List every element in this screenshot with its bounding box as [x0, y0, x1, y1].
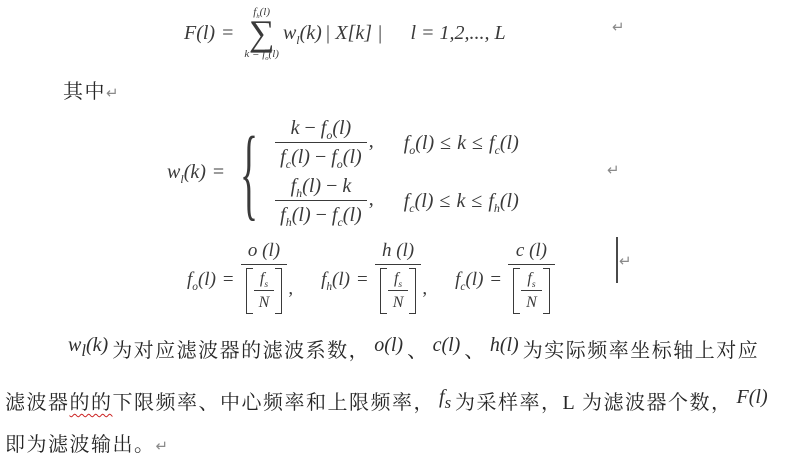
fraction: k−fo(l) fc(l)−fo(l)	[275, 117, 367, 169]
piecewise-cases: k−fo(l) fc(l)−fo(l) , fo(l)≤k≤fc(l) fh(l…	[275, 114, 519, 230]
where-label: 其中	[63, 81, 106, 103]
N-symbol: N	[521, 290, 542, 312]
text-run: 即为滤波输出。	[5, 434, 156, 456]
paragraph-mark: ↵	[612, 18, 625, 36]
w-symbol: w	[167, 161, 180, 183]
text-run: 为采样率，L 为滤波器个数，	[455, 392, 732, 414]
inline-math-Fl: F(l)	[737, 386, 768, 408]
weight-term: wl(k)	[283, 22, 322, 45]
explanation-line-2: 滤波器的的下限频率、中心频率和上限频率，fs为采样率，L 为滤波器个数，F(l)	[5, 386, 772, 419]
enum-comma: 、	[407, 340, 429, 362]
arg-l: (l)	[415, 190, 434, 212]
k-symbol: k	[291, 117, 300, 139]
paragraph-mark: ↵	[156, 437, 169, 455]
arg-l: (l)	[332, 117, 351, 139]
arg-l: (l)	[465, 269, 483, 290]
minus-sign: −	[315, 146, 326, 168]
explanation-line-3: 即为滤波输出。↵	[5, 428, 168, 457]
comma: ,	[422, 278, 427, 300]
text-run: 为实际频率坐标轴上对应	[523, 340, 760, 362]
sub-s: s	[398, 279, 402, 290]
leq-sign: ≤	[440, 132, 451, 154]
k-equals: k =	[244, 48, 259, 60]
summation: fh(l) ∑ k = fo(l)	[244, 6, 279, 61]
N-symbol: N	[254, 290, 275, 312]
fs-over-N: fs N	[254, 270, 275, 312]
fraction: fh(l)−k fh(l)−fc(l)	[275, 175, 367, 227]
numerator: fh(l)−k	[286, 175, 357, 200]
def-lower-bin: fo(l) = o (l) fs N	[187, 240, 287, 320]
leq-sign: ≤	[472, 132, 483, 154]
numerator: k−fo(l)	[286, 117, 357, 142]
where-line: 其中↵	[63, 75, 119, 104]
def-center-bin: fc(l) = c (l) fs N	[455, 240, 555, 320]
inline-math-wlk: wl(k)	[68, 334, 108, 356]
case-falling-slope: fh(l)−k fh(l)−fc(l) , fc(l)≤k≤fh(l)	[275, 175, 519, 227]
inline-math-ol: o(l)	[374, 334, 403, 356]
equals-sign: =	[222, 22, 233, 45]
minus-sign: −	[305, 117, 316, 139]
comma: ,	[369, 188, 374, 211]
arg-l: (l)	[332, 269, 350, 290]
bracketed-ratio: fs N	[246, 268, 283, 314]
denominator: fh(l)−fc(l)	[275, 200, 367, 227]
spellcheck-flagged-text: 的的	[70, 392, 113, 414]
numerator-c-l: c (l)	[511, 240, 552, 264]
N-symbol: N	[388, 290, 409, 312]
left-brace-icon: {	[240, 121, 258, 224]
inline-math-hl: h(l)	[490, 334, 519, 356]
document-page: { "colors": { "formula_ink": "#3a3a3a", …	[0, 0, 785, 458]
formula-filter-output-sum: F(l) = fh(l) ∑ k = fo(l) wl(k) | X[k] | …	[184, 2, 506, 64]
inline-math-cl: c(l)	[433, 334, 461, 356]
arg-l: (l)	[198, 269, 216, 290]
numerator-h-l: h (l)	[377, 240, 419, 264]
bracketed-ratio: fs N	[513, 268, 550, 314]
case-rising-slope: k−fo(l) fc(l)−fo(l) , fo(l)≤k≤fc(l)	[275, 117, 519, 169]
paragraph-mark: ↵	[607, 161, 620, 179]
fs-over-N: fs N	[521, 270, 542, 312]
formula-lhs: F(l)	[184, 22, 215, 45]
comma: ,	[369, 130, 374, 153]
denominator: fs N	[508, 264, 555, 320]
denominator: fs N	[375, 264, 422, 320]
bracketed-ratio: fs N	[380, 268, 417, 314]
sigma-sum-icon: ∑	[249, 18, 275, 49]
left-bracket-icon	[246, 268, 253, 314]
index-range: l = 1,2,..., L	[410, 22, 505, 45]
arg-l: (l)	[500, 132, 519, 154]
k-symbol: k	[342, 175, 351, 197]
arg-l: (l)	[500, 190, 519, 212]
fraction: c (l) fs N	[508, 240, 555, 320]
arg-l: (l)	[415, 132, 434, 154]
arg-l: (l)	[302, 175, 321, 197]
minus-sign: −	[316, 204, 327, 226]
weight-lhs: wl(k)	[167, 161, 206, 184]
formula-piecewise-weight: wl(k) = { k−fo(l) fc(l)−fo(l) , fo(l)≤k≤…	[167, 114, 519, 230]
equals-sign: =	[490, 269, 501, 291]
equals-sign: =	[357, 269, 368, 291]
w-symbol: w	[283, 22, 296, 44]
arg-k: (k)	[300, 22, 322, 44]
equals-sign: =	[223, 269, 234, 291]
arg-k: (k)	[184, 161, 206, 183]
sub-s: s	[264, 279, 268, 290]
arg-l: (l)	[291, 146, 310, 168]
k-symbol: k	[457, 132, 466, 154]
condition-rising: fo(l)≤k≤fc(l)	[404, 132, 519, 155]
enum-comma: 、	[464, 340, 486, 362]
right-bracket-icon	[409, 268, 416, 314]
k-symbol: k	[456, 190, 465, 212]
w-symbol: w	[68, 334, 81, 356]
leq-sign: ≤	[471, 190, 482, 212]
arg-l: (l)	[292, 204, 311, 226]
sub-s: s	[445, 393, 451, 412]
arg-l: (l)	[343, 146, 362, 168]
text-cursor	[616, 237, 618, 283]
arg-k: (k)	[86, 334, 108, 356]
condition-falling: fc(l)≤k≤fh(l)	[404, 190, 519, 213]
left-bracket-icon	[380, 268, 387, 314]
formula-bin-definitions: fo(l) = o (l) fs N , fh(l) = h (l)	[187, 240, 555, 320]
denominator: fc(l)−fo(l)	[275, 142, 367, 169]
denominator: fs N	[241, 264, 288, 320]
sub-s: s	[532, 279, 536, 290]
explanation-line-1: wl(k)为对应滤波器的滤波系数，o(l)、c(l)、h(l)为实际频率坐标轴上…	[64, 334, 759, 367]
left-bracket-icon	[513, 268, 520, 314]
arg-l: (l)	[343, 204, 362, 226]
abs-spectrum-term: | X[k] |	[325, 22, 383, 45]
fraction: h (l) fs N	[375, 240, 422, 320]
minus-sign: −	[326, 175, 337, 197]
fraction: o (l) fs N	[241, 240, 288, 320]
paragraph-mark: ↵	[106, 84, 119, 102]
text-run: 下限频率、中心频率和上限频率，	[113, 392, 436, 414]
inline-math-fs: fs	[439, 386, 451, 408]
sum-lower-limit: k = fo(l)	[244, 48, 279, 60]
numerator-o-l: o (l)	[243, 240, 285, 264]
text-run: 滤波器	[5, 392, 70, 414]
equals-sign: =	[213, 161, 224, 184]
fs-over-N: fs N	[388, 270, 409, 312]
leq-sign: ≤	[439, 190, 450, 212]
text-run: 为对应滤波器的滤波系数，	[112, 340, 370, 362]
def-upper-bin: fh(l) = h (l) fs N	[321, 240, 421, 320]
paragraph-mark: ↵	[619, 252, 632, 270]
right-bracket-icon	[275, 268, 282, 314]
right-bracket-icon	[543, 268, 550, 314]
comma: ,	[288, 278, 293, 300]
arg-l: (l)	[269, 48, 279, 60]
